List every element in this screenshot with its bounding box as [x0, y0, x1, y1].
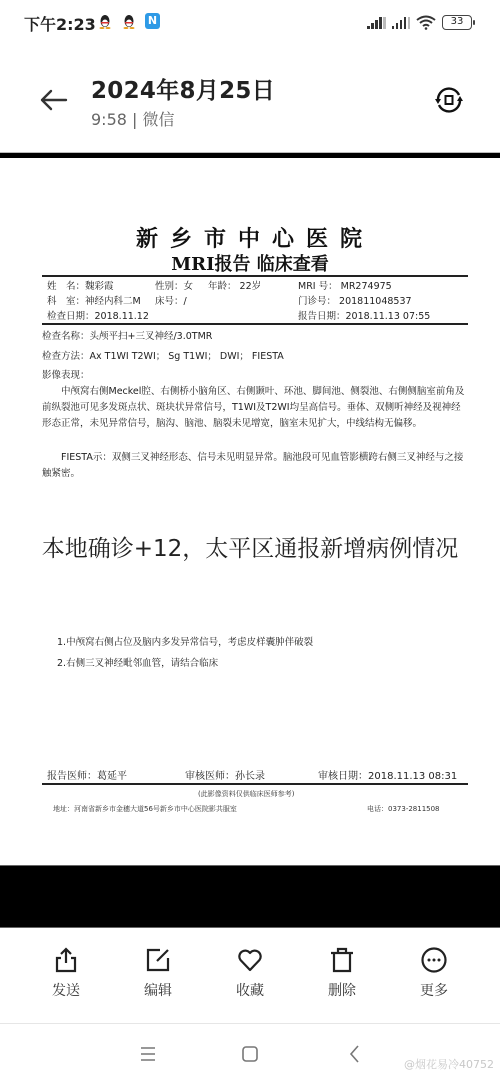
review-date: 审核日期：2018.11.13 08:31 [318, 767, 457, 782]
image-date-title: 2024年8月25日 [91, 72, 275, 105]
department: 科 室：神经内科二M [47, 293, 141, 307]
delete-button[interactable]: 删除 [302, 930, 382, 1020]
viewer-header: 2024年8月25日 9:58 | 微信 [0, 50, 500, 150]
favorite-button[interactable]: 收藏 [210, 930, 290, 1020]
clinic-number: 门诊号： 201811048537 [298, 293, 412, 307]
conclusion-2: 2.右侧三叉神经毗邻血管，请结合临床 [57, 655, 218, 669]
edit-button[interactable]: 编辑 [118, 930, 198, 1020]
back-nav-icon[interactable] [343, 1042, 367, 1066]
divider [42, 323, 468, 325]
edit-label: 编辑 [144, 980, 172, 1000]
bed-number: 床号：/ [155, 293, 187, 307]
findings-paragraph-2: FIESTA示：双侧三叉神经形态、信号未见明显异常。脑池段可见血管影横跨右侧三叉… [42, 450, 466, 482]
battery-icon: 33 [442, 15, 472, 30]
divider [42, 783, 468, 785]
report-title: MRI报告 临床查看 [0, 250, 500, 276]
status-indicators: 33 [367, 13, 472, 31]
divider [42, 275, 468, 277]
menu-icon[interactable] [136, 1042, 160, 1066]
image-bottom-border [0, 865, 500, 928]
watermark: @烟花易冷40752 [404, 1056, 494, 1072]
send-label: 发送 [52, 980, 80, 1000]
exam-name: 检查名称：头颅平扫+三叉神经/3.0TMR [42, 328, 212, 342]
favorite-label: 收藏 [236, 980, 264, 1000]
rotate-icon[interactable] [432, 83, 466, 117]
qq-icon [98, 14, 112, 29]
findings-label: 影像表现： [42, 367, 90, 381]
hospital-phone: 电话：0373-2811508 [367, 804, 440, 814]
patient-age: 年龄： 22岁 [208, 278, 261, 292]
home-icon[interactable] [238, 1042, 262, 1066]
overlay-caption: 本地确诊+12，太平区通报新增病例情况 [0, 530, 500, 563]
qq-icon [122, 14, 136, 29]
back-arrow-icon[interactable] [34, 80, 74, 120]
report-date: 报告日期：2018.11.13 07:55 [298, 308, 430, 322]
status-bar: 下午2:23 N 33 [0, 0, 500, 44]
action-bar: 发送 编辑 收藏 删除 更多 [0, 930, 500, 1020]
system-navigation [0, 1024, 500, 1083]
hospital-name: 新乡市中心医院 [0, 222, 500, 253]
report-doctor: 报告医师：葛延平 [47, 767, 127, 782]
exam-method: 检查方法：Ax T1WI T2WI； Sg T1WI； DWI； FIESTA [42, 348, 284, 362]
heart-icon [236, 946, 264, 974]
more-label: 更多 [420, 980, 448, 1000]
image-source-subtitle: 9:58 | 微信 [91, 107, 175, 130]
disclaimer: (此影像资料仅供临床医师参考) [198, 789, 294, 799]
edit-icon [144, 946, 172, 974]
mri-report-image[interactable]: 新乡市中心医院 MRI报告 临床查看 姓 名：魏彩霞 性别：女 年龄： 22岁 … [0, 158, 500, 865]
signal-icon [367, 16, 386, 29]
wifi-icon [416, 15, 436, 30]
more-icon [420, 946, 448, 974]
exam-date: 检查日期：2018.11.12 [47, 308, 149, 322]
mri-number: MRI 号： MR274975 [298, 278, 392, 292]
hospital-address: 地址：河南省新乡市金穗大道56号新乡市中心医院影共服室 [53, 804, 237, 814]
send-button[interactable]: 发送 [26, 930, 106, 1020]
trash-icon [328, 946, 356, 974]
patient-name: 姓 名：魏彩霞 [47, 278, 114, 292]
findings-paragraph-1: 中颅窝右侧Meckel腔、右侧桥小脑角区、右侧颞叶、环池、脚间池、侧裂池、右侧侧… [42, 384, 466, 432]
patient-sex: 性别：女 [155, 278, 193, 292]
share-icon [52, 946, 80, 974]
more-button[interactable]: 更多 [394, 930, 474, 1020]
signal-icon [392, 16, 411, 29]
n-app-icon: N [145, 13, 160, 29]
review-doctor: 审核医师：孙长录 [185, 767, 265, 782]
conclusion-1: 1.中颅窝右侧占位及脑内多发异常信号，考虑皮样囊肿伴破裂 [57, 634, 313, 648]
status-time: 下午2:23 [24, 12, 96, 35]
delete-label: 删除 [328, 980, 356, 1000]
